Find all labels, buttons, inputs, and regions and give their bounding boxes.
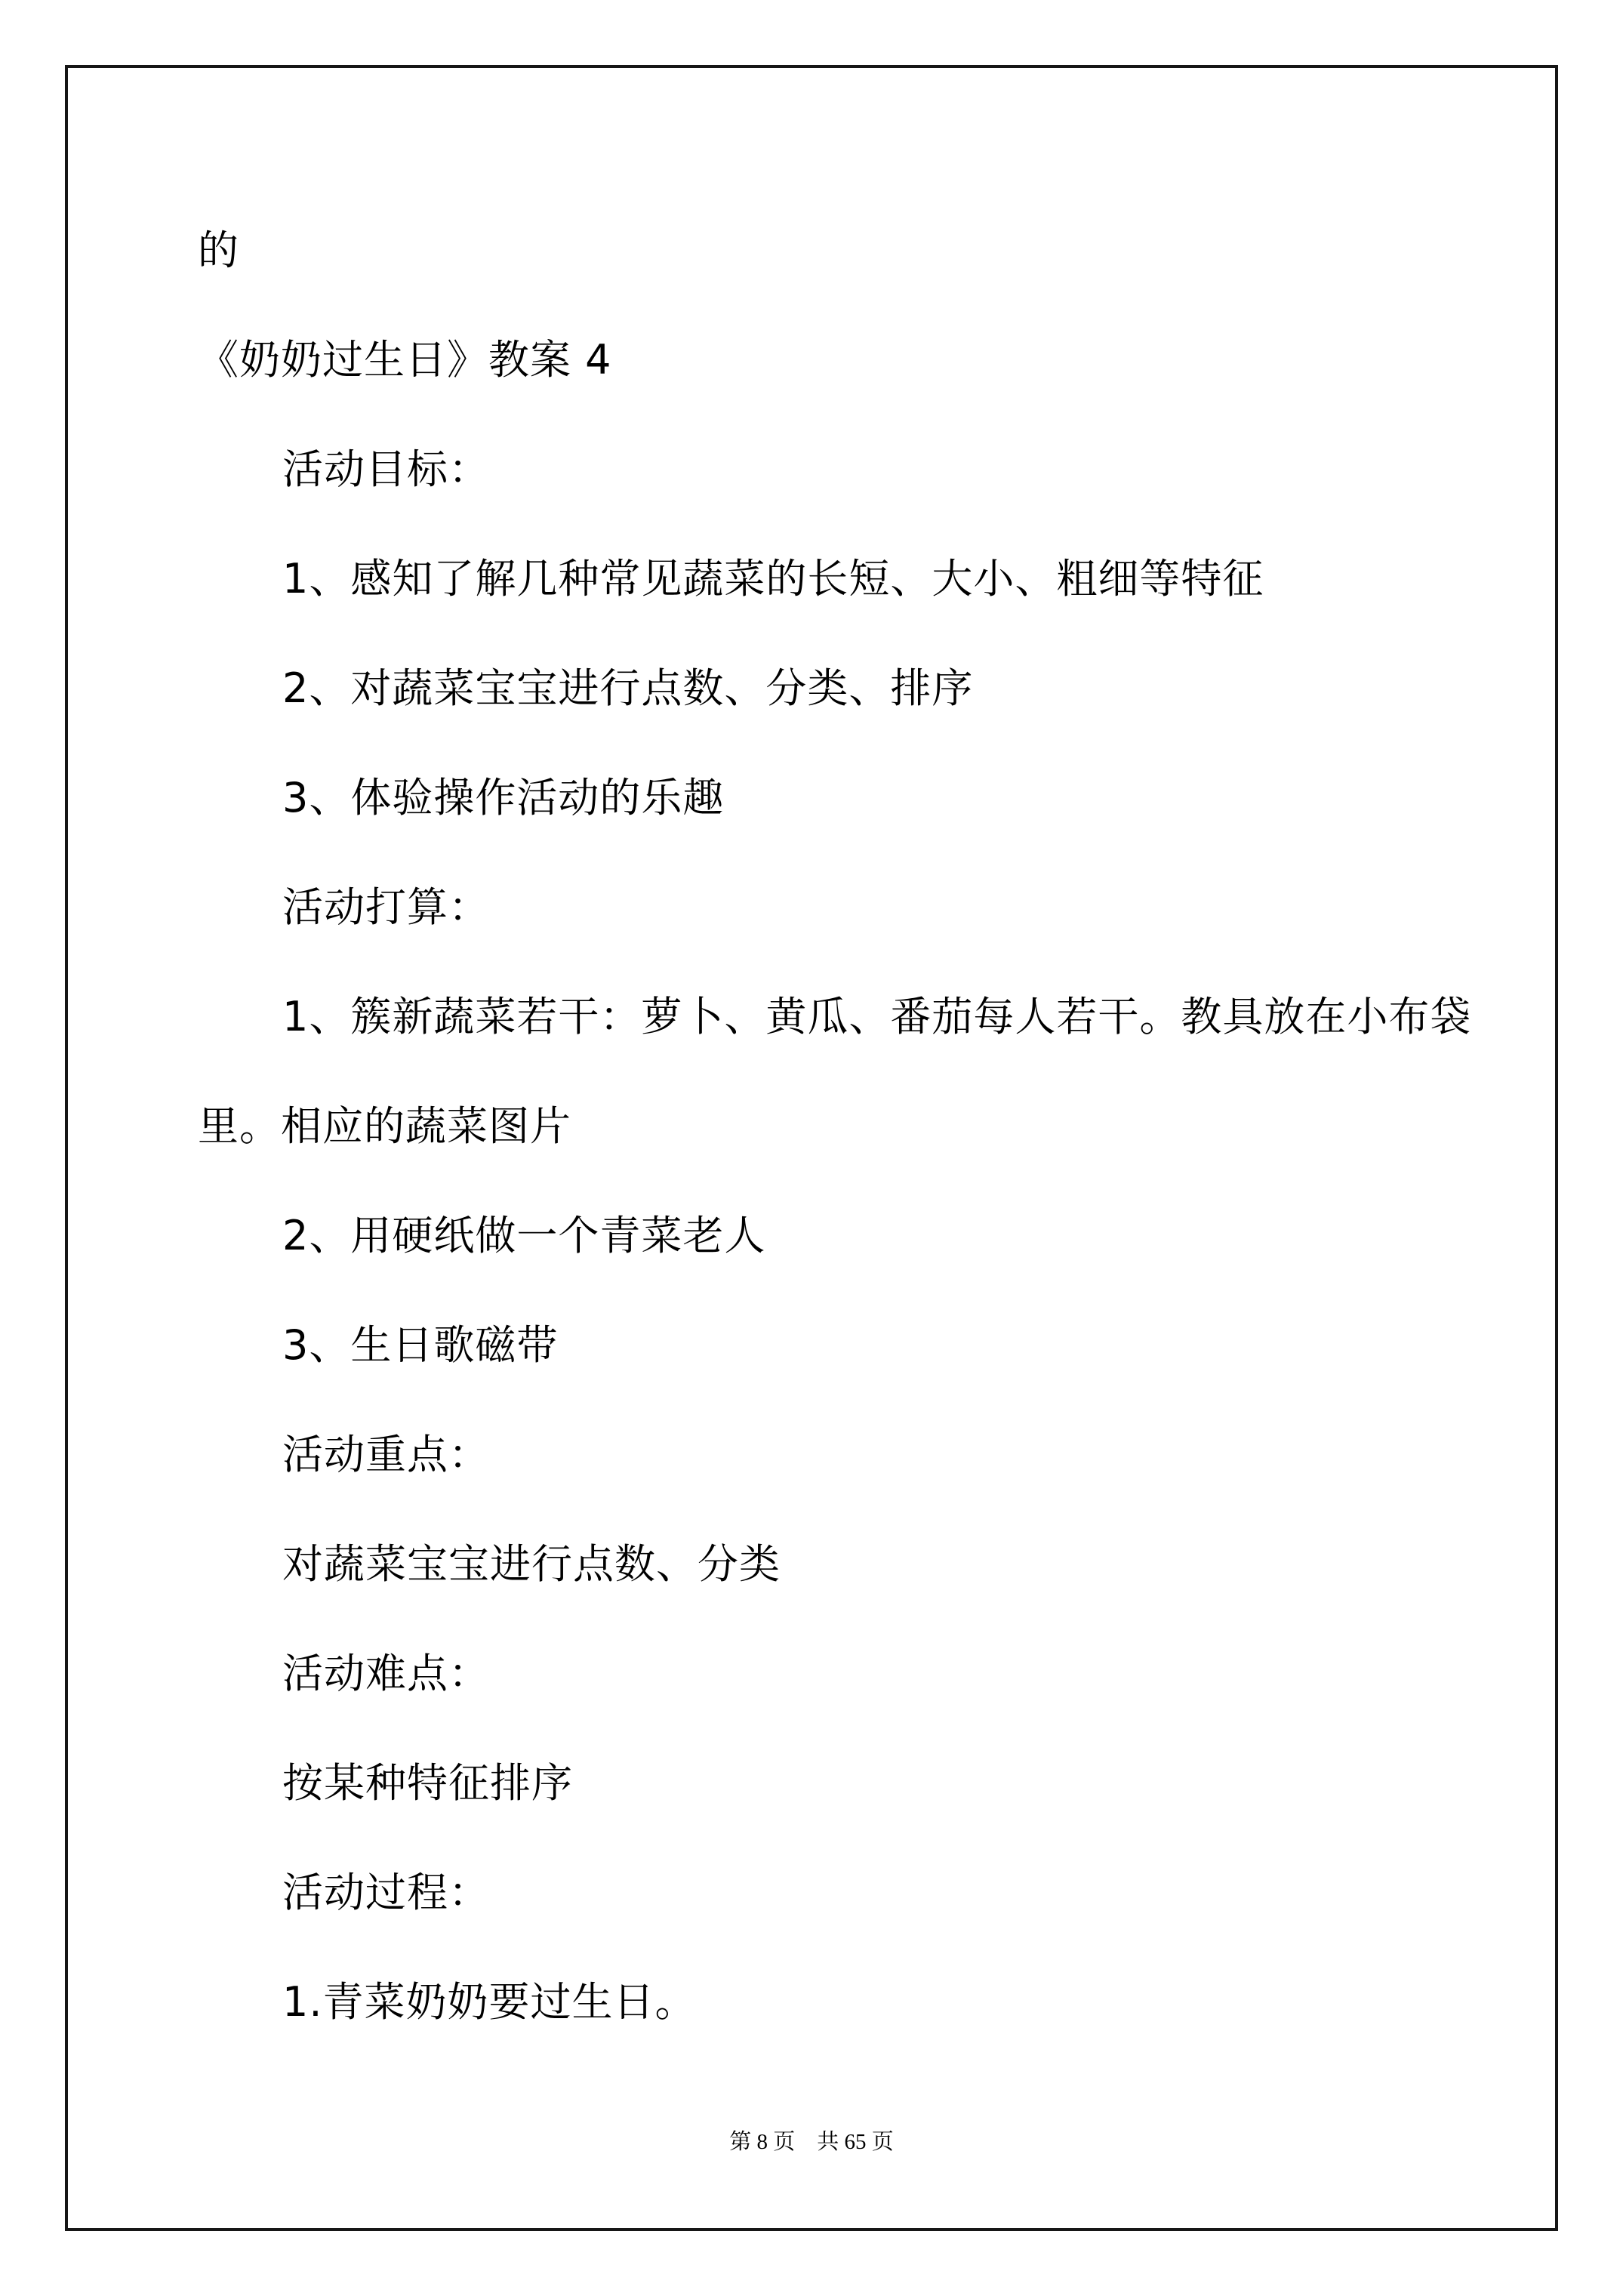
text-line: 活动打算： [198, 852, 1471, 962]
text-line: 活动难点： [198, 1619, 1471, 1728]
text-line: 3、生日歌磁带 [198, 1290, 1471, 1400]
text-line: 的 [198, 196, 1471, 305]
text-line: 对蔬菜宝宝进行点数、分类 [198, 1509, 1471, 1619]
text-line: 《奶奶过生日》教案 4 [198, 305, 1471, 415]
text-lines: 的《奶奶过生日》教案 4活动目标：1、感知了解几种常见蔬菜的长短、大小、粗细等特… [198, 196, 1471, 2057]
text-line: 2、对蔬菜宝宝进行点数、分类、排序 [198, 633, 1471, 743]
text-line: 活动重点： [198, 1400, 1471, 1509]
text-line: 1.青菜奶奶要过生日。 [198, 1947, 1471, 2057]
page-footer: 第 8 页 共 65 页 [0, 2125, 1623, 2156]
text-line: 活动过程： [198, 1838, 1471, 1947]
text-line: 按某种特征排序 [198, 1728, 1471, 1838]
text-line: 活动目标： [198, 415, 1471, 524]
text-line: 1、感知了解几种常见蔬菜的长短、大小、粗细等特征 [198, 524, 1471, 633]
text-line: 2、用硬纸做一个青菜老人 [198, 1181, 1471, 1290]
text-line: 1、簇新蔬菜若干：萝卜、黄瓜、番茄每人若干。教具放在小布袋 [198, 962, 1471, 1071]
text-line: 里。相应的蔬菜图片 [198, 1071, 1471, 1181]
document-page: 的《奶奶过生日》教案 4活动目标：1、感知了解几种常见蔬菜的长短、大小、粗细等特… [0, 0, 1623, 2296]
text-line: 3、体验操作活动的乐趣 [198, 743, 1471, 852]
